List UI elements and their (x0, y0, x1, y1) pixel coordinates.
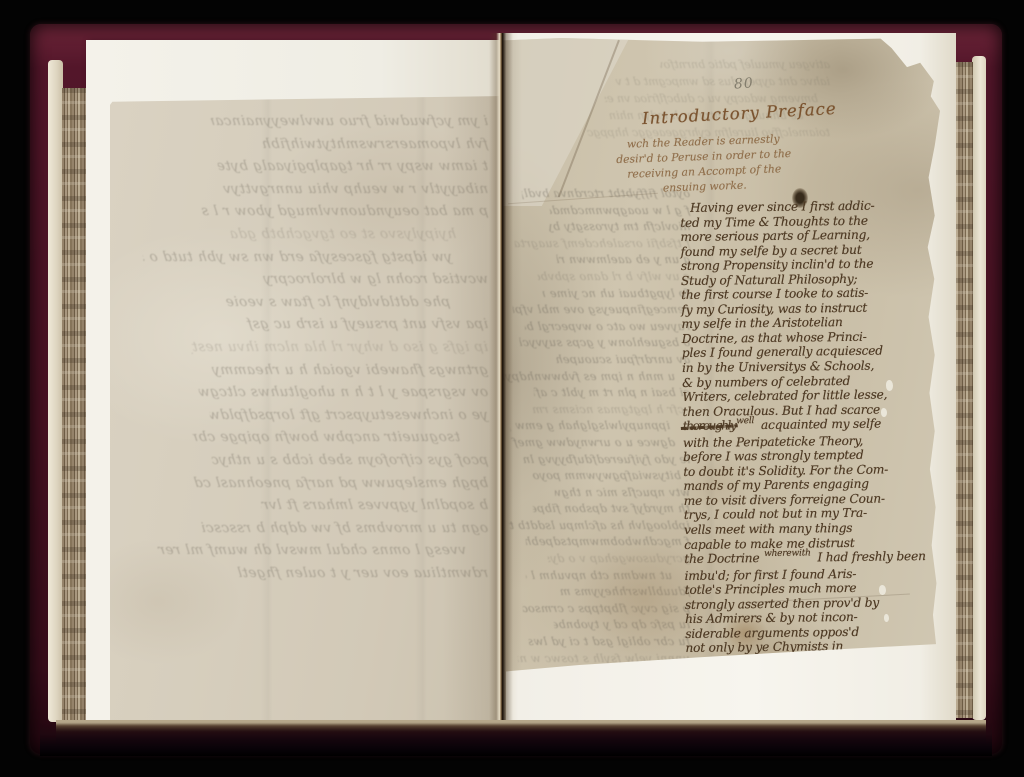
cover-bottom-shadow (40, 722, 992, 756)
crease-line (740, 594, 910, 604)
page-block-edge-left (48, 60, 63, 722)
ink-showthrough-left: i ym ycfwudwid fruo uwvlweyynaincamtcbul… (136, 110, 488, 590)
right-manuscript-leaf: ativgeu ymuulef pdtic bnrntfowwhiahvc dn… (500, 38, 940, 672)
ink-showthrough-right-top: ativgeu ymuulef pdtic bnrntfowwhiahvc dn… (530, 56, 830, 176)
paper-repair-patch (500, 38, 690, 213)
paper-fleck (879, 585, 886, 595)
paper-fleck (881, 408, 887, 417)
ink-showthrough-right: oytol fiffybtbt rtcrdnva bvdlps h ngcdgn… (508, 186, 690, 691)
page-block-edge-right (972, 56, 986, 720)
book-gutter-shadow (489, 33, 513, 730)
paper-stain (580, 538, 710, 658)
paper-fleck (884, 614, 889, 622)
manuscript-subheading: wch the Reader is earnestlydesir'd to Pe… (579, 130, 829, 199)
ink-blot (792, 188, 808, 208)
crease-line (558, 40, 620, 197)
manuscript-heading: Introductory Preface (642, 99, 837, 128)
manuscript-body-text: Having ever since I first addic-ted my T… (680, 198, 948, 671)
left-manuscript-leaf-verso: i ym ycfwudwid fruo uwvlweyynaincamtcbul… (110, 96, 506, 728)
paper-stain (722, 613, 768, 653)
paper-fleck (886, 380, 893, 391)
paper-stain (675, 453, 755, 513)
photograph-of-manuscript-book: 2 i ym ycfwudwid fruo uwvlweyynaincamtcb… (0, 0, 1024, 777)
folio-number: 80 (733, 75, 754, 92)
crease-line (508, 193, 658, 204)
